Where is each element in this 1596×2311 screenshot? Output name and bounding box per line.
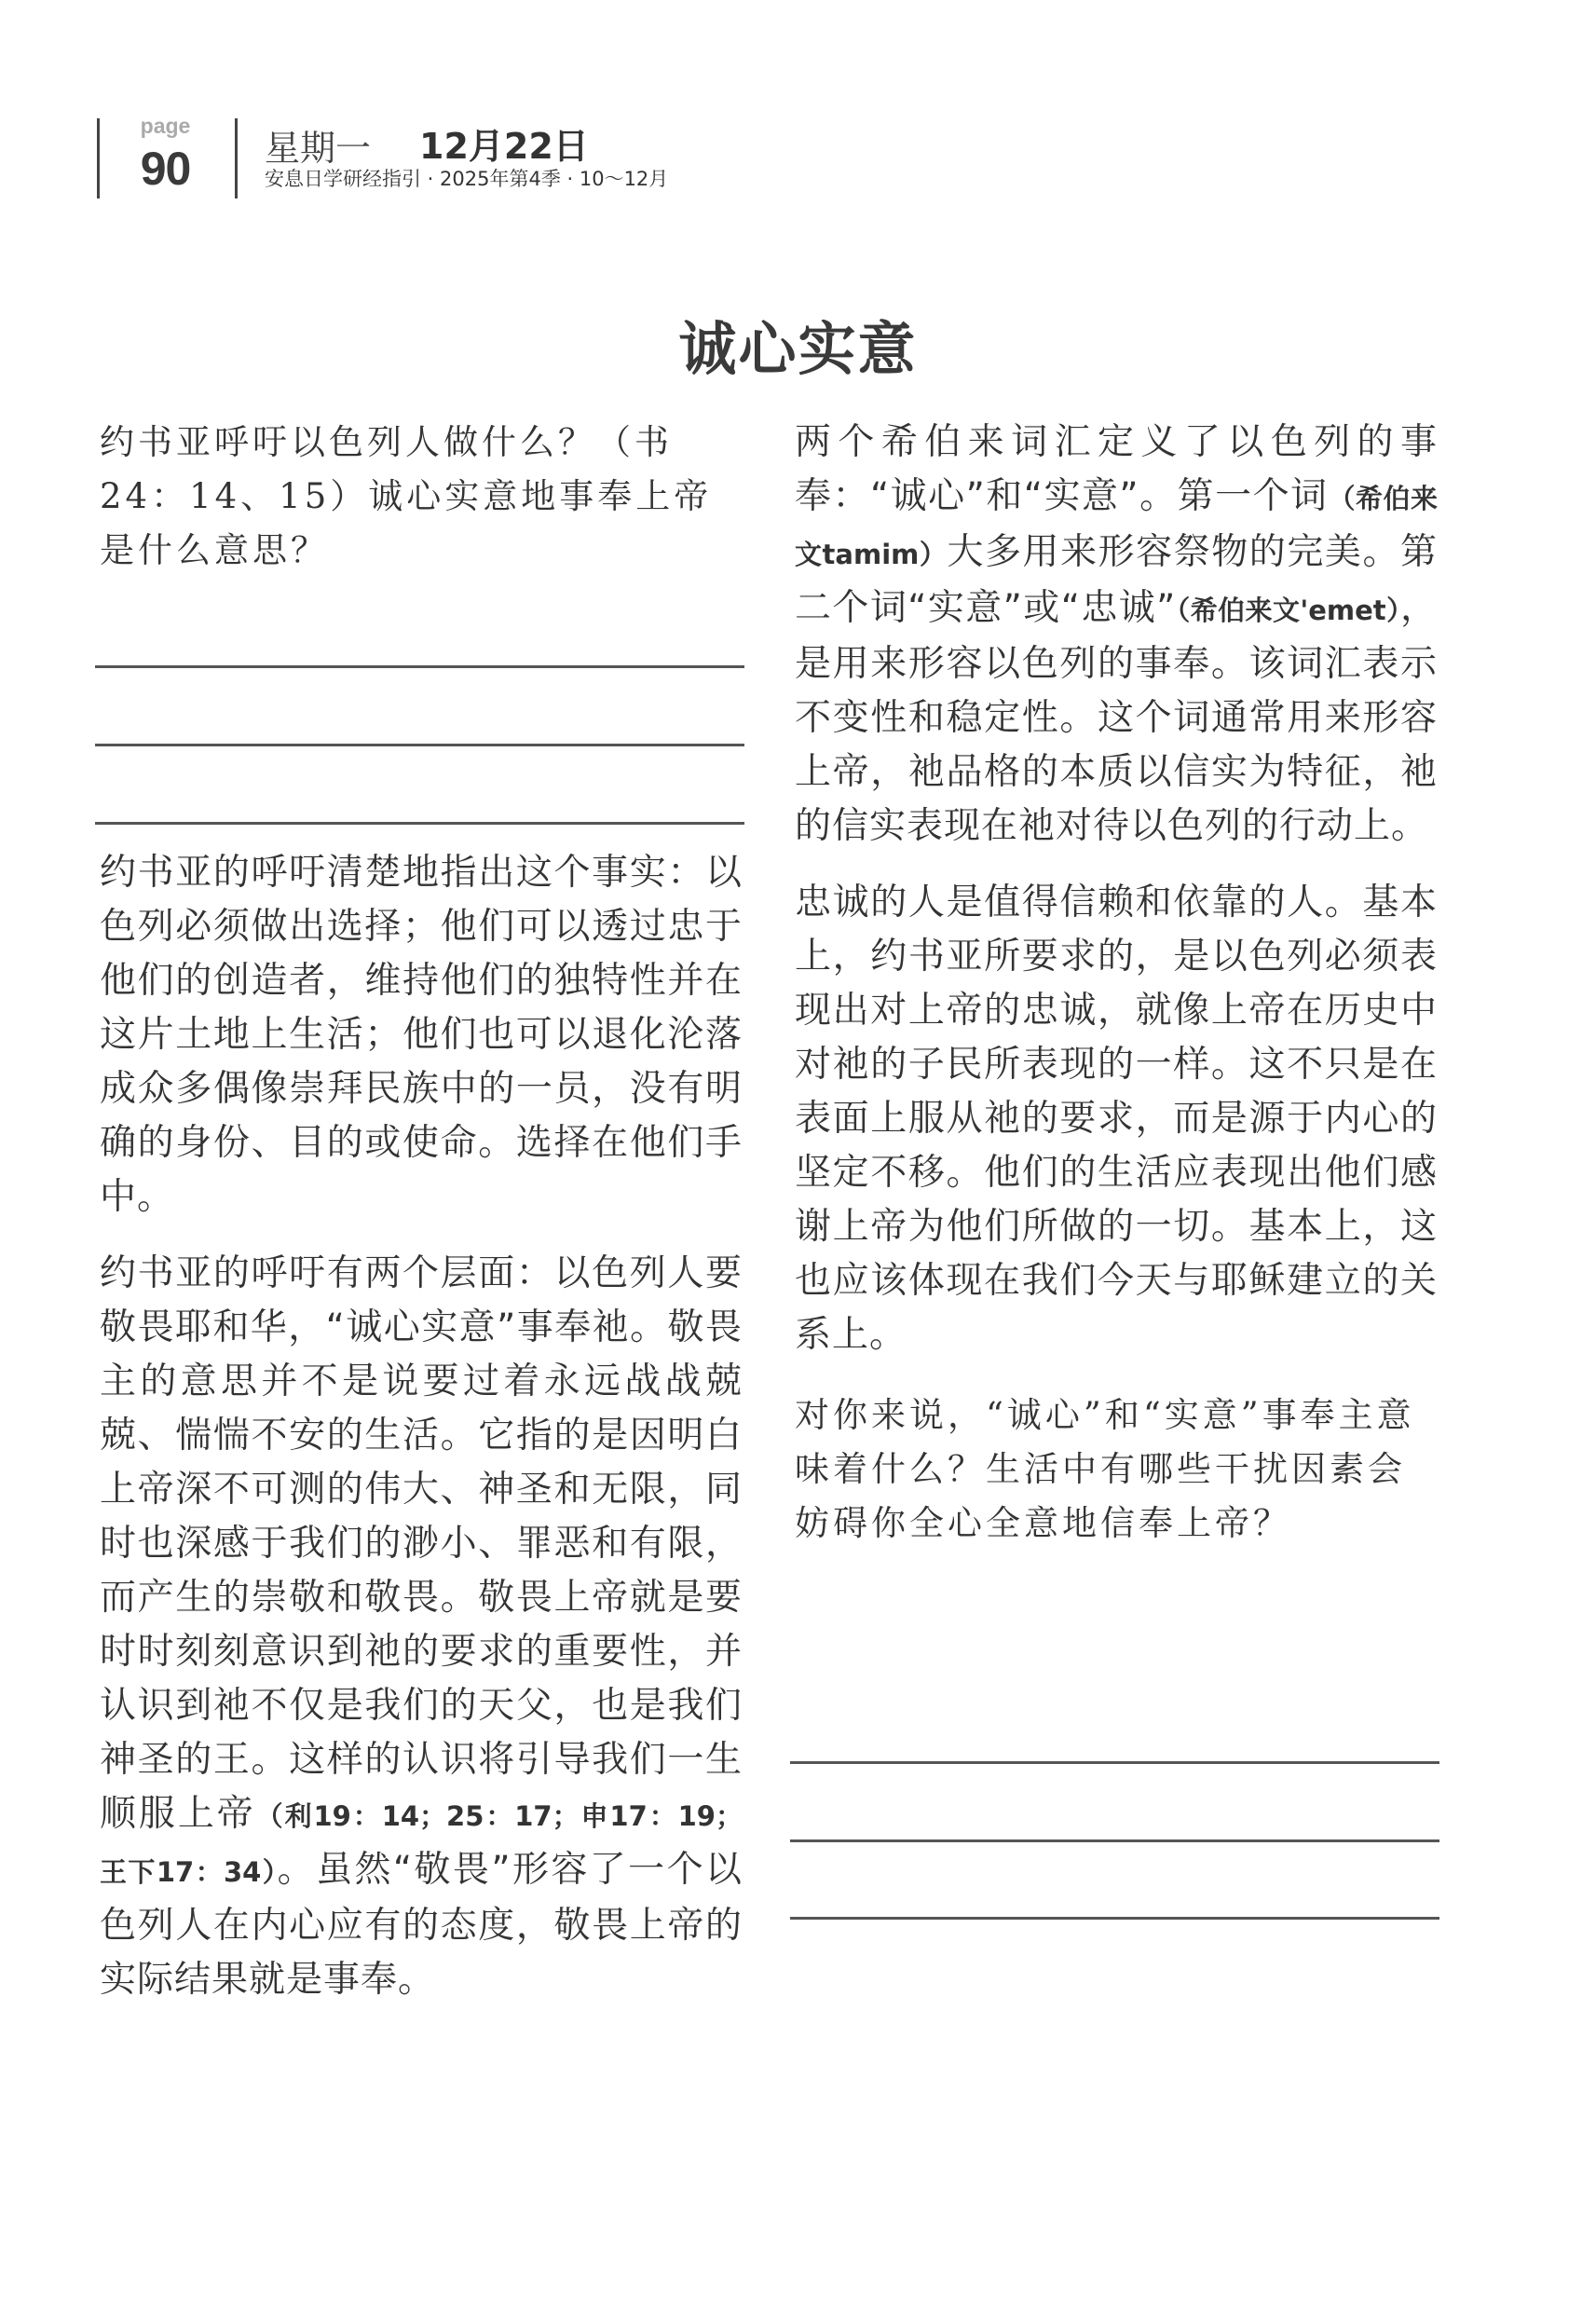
left-column-body: 约书亚的呼吁清楚地指出这个事实：以色列必须做出选择；他们可以透过忠于他们的创造者… [100,846,743,2007]
paragraph: 两个希伯来词汇定义了以色列的事奉：“诚心”和“实意”。第一个词（希伯来文tami… [795,416,1438,854]
answer-line[interactable] [95,665,744,668]
weekday: 星期一 [265,119,371,171]
page-number: 90 [112,142,219,196]
date: 12月22日 [419,117,589,169]
header-divider-left [97,118,100,198]
study-question: 约书亚呼吁以色列人做什么？（书24：14、15）诚心实意地事奉上帝是什么意思？ [100,416,743,578]
page-label: page [112,114,219,139]
answer-line[interactable] [790,1839,1439,1842]
publication-subtitle: 安息日学研经指引 · 2025年第4季 · 10～12月 [265,164,668,192]
paragraph: 忠诚的人是值得信赖和依靠的人。基本上，约书亚所要求的，是以色列必须表现出对上帝的… [795,876,1438,1362]
paragraph: 约书亚的呼吁清楚地指出这个事实：以色列必须做出选择；他们可以透过忠于他们的创造者… [100,846,743,1224]
paragraph: 约书亚的呼吁有两个层面：以色列人要敬畏耶和华，“诚心实意”事奉祂。敬畏主的意思并… [100,1247,743,2007]
answer-line[interactable] [790,1761,1439,1764]
answer-line[interactable] [95,744,744,746]
left-column: 约书亚呼吁以色列人做什么？（书24：14、15）诚心实意地事奉上帝是什么意思？ [100,416,743,578]
hebrew-term-reference: （希伯来文'emet） [1176,595,1400,626]
answer-line[interactable] [95,822,744,825]
header-divider-right [235,118,238,198]
answer-line[interactable] [790,1917,1439,1920]
paragraph-text: 约书亚的呼吁有两个层面：以色列人要敬畏耶和华，“诚心实意”事奉祂。敬畏主的意思并… [100,1252,743,1835]
reflection-question: 对你来说，“诚心”和“实意”事奉主意味着什么？生活中有哪些干扰因素会妨碍你全心全… [795,1388,1438,1551]
lesson-title: 诚心实意 [0,303,1596,386]
right-column: 两个希伯来词汇定义了以色列的事奉：“诚心”和“实意”。第一个词（希伯来文tami… [795,416,1438,1551]
